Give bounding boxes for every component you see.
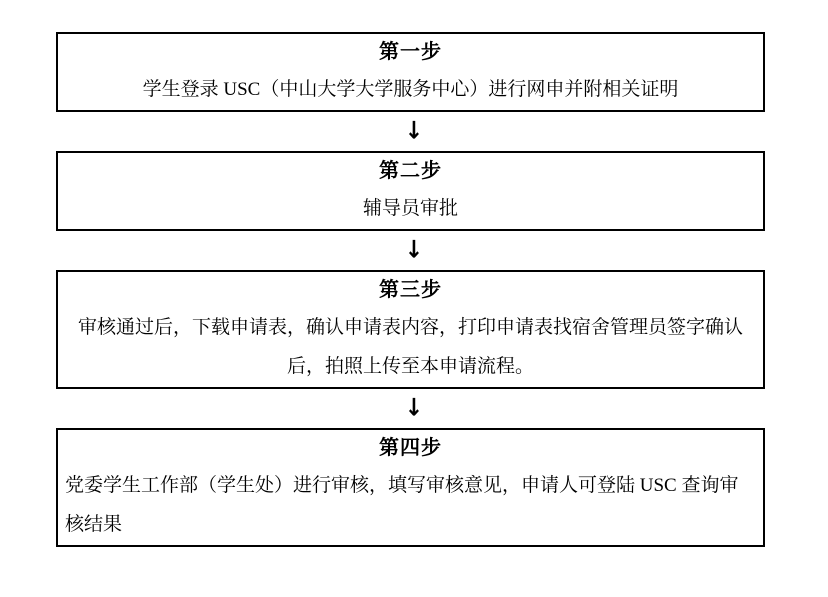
down-arrow-icon: ↓ bbox=[405, 238, 423, 262]
down-arrow-icon: ↓ bbox=[405, 396, 423, 420]
step-box-4: 第四步 党委学生工作部（学生处）进行审核，填写审核意见，申请人可登陆 USC 查… bbox=[56, 428, 765, 547]
step-2-title: 第二步 bbox=[58, 159, 763, 183]
step-box-2: 第二步 辅导员审批 bbox=[56, 151, 765, 231]
step-4-title: 第四步 bbox=[58, 436, 763, 460]
connector-3: ↓ bbox=[0, 389, 828, 428]
step-1-description: 学生登录 USC（中山大学大学服务中心）进行网申并附相关证明 bbox=[58, 70, 763, 109]
step-1-title: 第一步 bbox=[58, 40, 763, 64]
step-box-3: 第三步 审核通过后，下载申请表，确认申请表内容，打印申请表找宿舍管理员签字确认后… bbox=[56, 270, 765, 389]
step-box-1: 第一步 学生登录 USC（中山大学大学服务中心）进行网申并附相关证明 bbox=[56, 32, 765, 112]
application-process-flowchart: 第一步 学生登录 USC（中山大学大学服务中心）进行网申并附相关证明 ↓ 第二步… bbox=[0, 0, 828, 547]
connector-1: ↓ bbox=[0, 112, 828, 151]
step-2-description: 辅导员审批 bbox=[58, 189, 763, 228]
step-4-description: 党委学生工作部（学生处）进行审核，填写审核意见，申请人可登陆 USC 查询审核结… bbox=[58, 466, 763, 544]
step-3-title: 第三步 bbox=[58, 278, 763, 302]
flowchart-page: 第一步 学生登录 USC（中山大学大学服务中心）进行网申并附相关证明 ↓ 第二步… bbox=[0, 0, 828, 597]
step-3-description: 审核通过后，下载申请表，确认申请表内容，打印申请表找宿舍管理员签字确认后，拍照上… bbox=[58, 308, 763, 386]
connector-2: ↓ bbox=[0, 231, 828, 270]
down-arrow-icon: ↓ bbox=[405, 119, 423, 143]
